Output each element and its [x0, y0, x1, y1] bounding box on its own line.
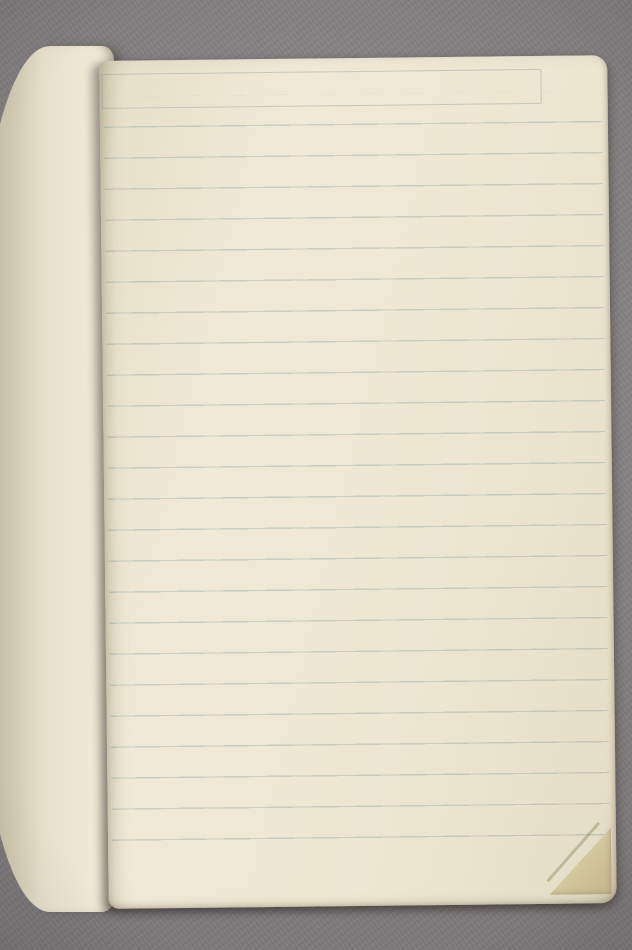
- pencil-annotation-layer: [99, 55, 607, 61]
- handwriting-layer: [99, 55, 607, 61]
- pencil-box-annotation: [101, 69, 541, 109]
- photograph-of-notebook: [0, 0, 632, 950]
- prev-page-edge: [0, 46, 114, 912]
- ruled-lines: [104, 91, 611, 857]
- notebook-page: [99, 55, 617, 909]
- corner-repair-tape: [545, 820, 612, 895]
- bleedthrough-layer: [99, 55, 617, 909]
